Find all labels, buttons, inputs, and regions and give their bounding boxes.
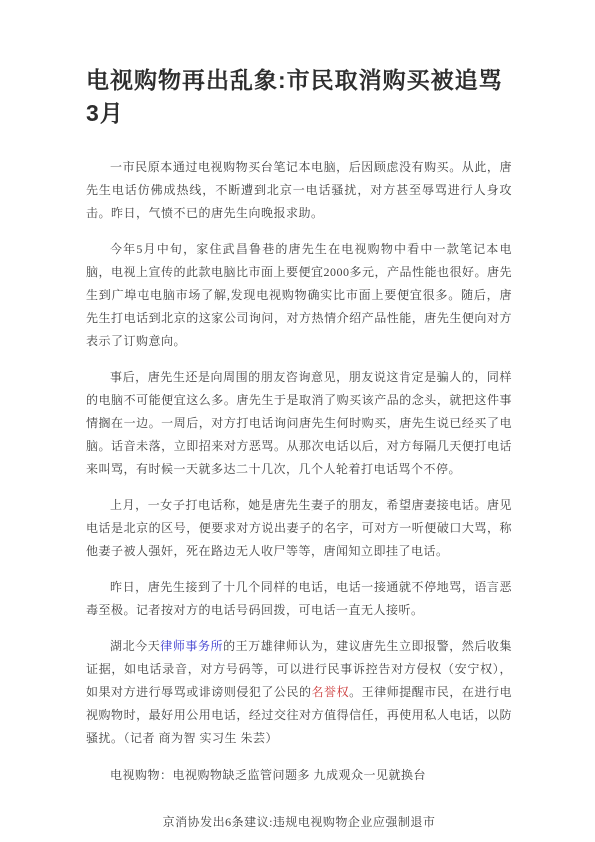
paragraph-lawyer-advice: 湖北今天律师事务所的王万雄律师认为，建议唐先生立即报警，然后收集证据，如电话录音… — [86, 635, 512, 750]
paragraph-intro: 一市民原本通过电视购物买台笔记本电脑，后因顾虑没有购买。从此，唐先生电话仿佛成热… — [86, 156, 512, 225]
reputation-right-link[interactable]: 名誉权 — [312, 685, 350, 699]
related-article-link-consumer-association[interactable]: 京消协发出6条建议:违规电视购物企业应强制退市 — [86, 811, 512, 834]
paragraph-reporter-callback: 昨日，唐先生接到了十几个同样的电话，电话一接通就不停地骂，语言恶毒至极。记者按对… — [86, 576, 512, 622]
article-body: 一市民原本通过电视购物买台笔记本电脑，后因顾虑没有购买。从此，唐先生电话仿佛成热… — [86, 156, 512, 750]
related-article-link-tv-shopping[interactable]: 电视购物：电视购物缺乏监管问题多 九成观众一见就换台 — [86, 764, 512, 787]
article-title: 电视购物再出乱象:市民取消购买被追骂3月 — [86, 64, 512, 130]
article-page: 电视购物再出乱象:市民取消购买被追骂3月 一市民原本通过电视购物买台笔记本电脑，… — [0, 0, 595, 842]
lawyer-text-segment: 湖北今天 — [110, 639, 160, 653]
law-firm-link[interactable]: 律师事务所 — [160, 639, 223, 653]
paragraph-cancellation: 事后，唐先生还是向周围的朋友咨询意见，朋友说这肯定是骗人的，同样的电脑不可能便宜… — [86, 366, 512, 481]
paragraph-harassment-call: 上月，一女子打电话称，她是唐先生妻子的朋友，希望唐妻接电话。唐见电话是北京的区号… — [86, 494, 512, 563]
paragraph-background: 今年5月中旬，家住武昌鲁巷的唐先生在电视购物中看中一款笔记本电脑，电视上宣传的此… — [86, 238, 512, 353]
